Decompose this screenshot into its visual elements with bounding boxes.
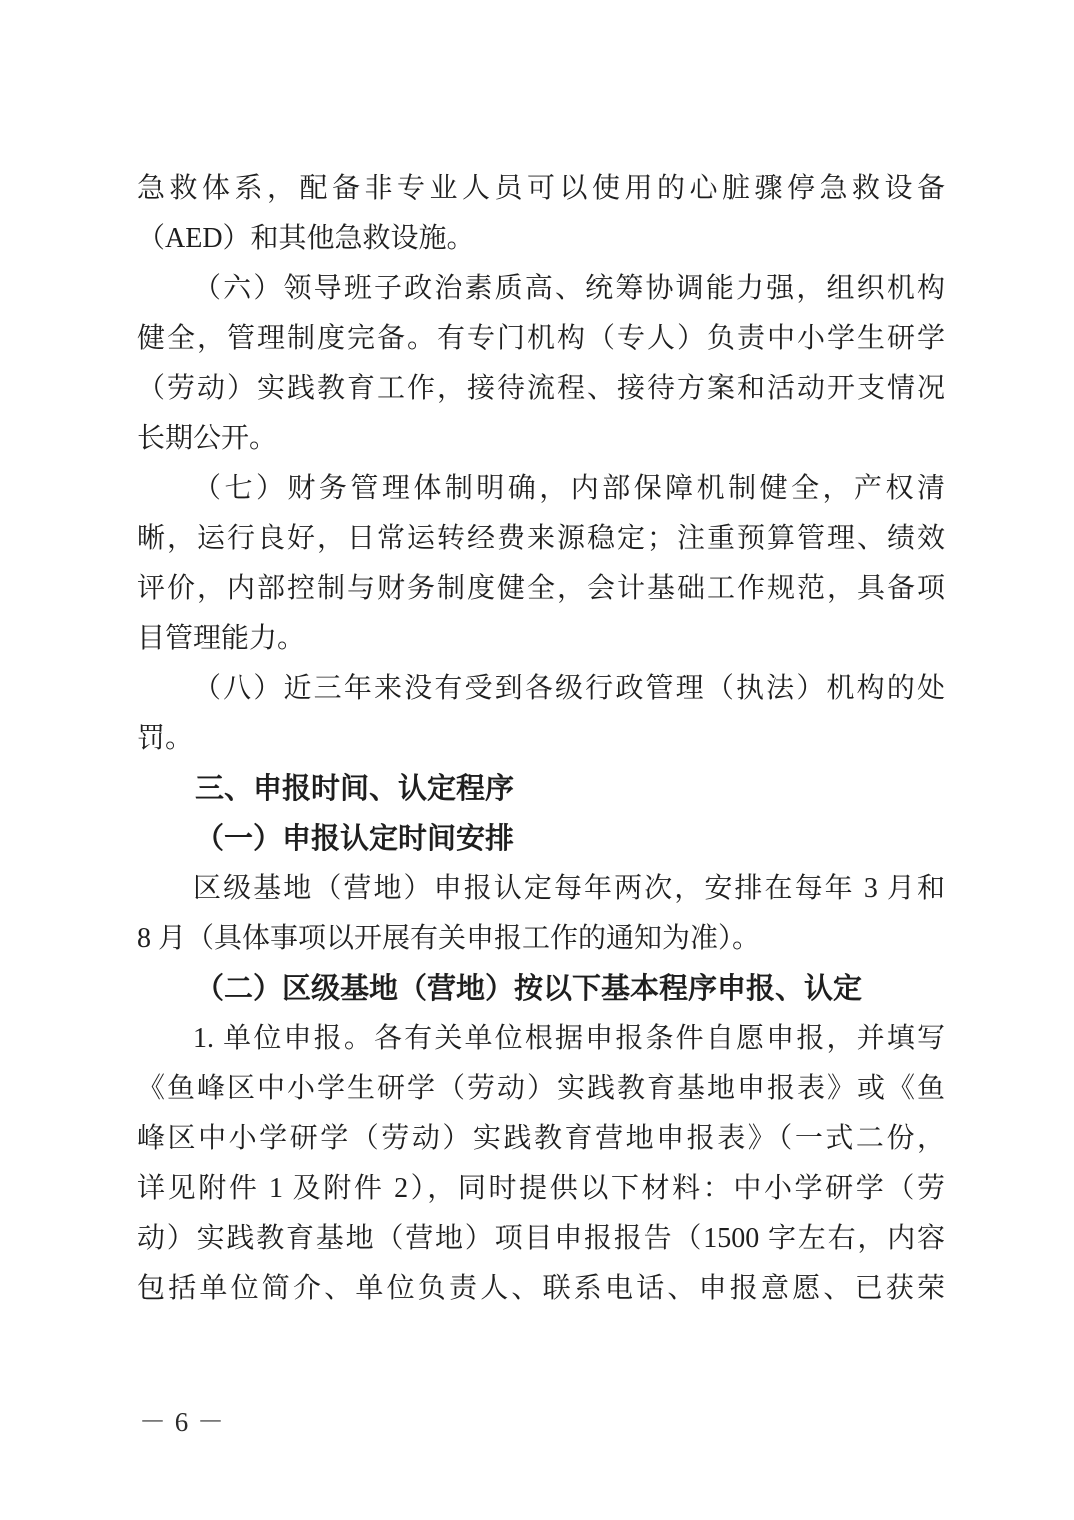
body-line: （六）领导班子政治素质高、统筹协调能力强，组织机构 (137, 264, 945, 314)
document-body: 急救体系，配备非专业人员可以使用的心脏骤停急救设备 （AED）和其他急救设施。 … (137, 164, 945, 1314)
body-line: 罚。 (137, 714, 945, 764)
section-heading: 三、申报时间、认定程序 (137, 764, 945, 814)
subsection-heading: （二）区级基地（营地）按以下基本程序申报、认定 (137, 964, 945, 1014)
body-line: 8 月（具体事项以开展有关申报工作的通知为准）。 (137, 914, 945, 964)
body-line: 《鱼峰区中小学生研学（劳动）实践教育基地申报表》或《鱼 (137, 1064, 945, 1114)
body-line: （AED）和其他急救设施。 (137, 214, 945, 264)
body-line: 详见附件 1 及附件 2），同时提供以下材料：中小学研学（劳 (137, 1164, 945, 1214)
body-line: 评价，内部控制与财务制度健全，会计基础工作规范，具备项 (137, 564, 945, 614)
body-line: 1. 单位申报。各有关单位根据申报条件自愿申报，并填写 (137, 1014, 945, 1064)
body-line: 目管理能力。 (137, 614, 945, 664)
subsection-heading: （一）申报认定时间安排 (137, 814, 945, 864)
body-line: 晰，运行良好，日常运转经费来源稳定；注重预算管理、绩效 (137, 514, 945, 564)
body-line: （劳动）实践教育工作，接待流程、接待方案和活动开支情况 (137, 364, 945, 414)
body-line: 健全，管理制度完备。有专门机构（专人）负责中小学生研学 (137, 314, 945, 364)
body-line: 动）实践教育基地（营地）项目申报报告（1500 字左右，内容 (137, 1214, 945, 1264)
body-line: 长期公开。 (137, 414, 945, 464)
page-number: － 6 － (139, 1404, 225, 1440)
body-line: （八）近三年来没有受到各级行政管理（执法）机构的处 (137, 664, 945, 714)
body-line: 包括单位简介、单位负责人、联系电话、申报意愿、已获荣 (137, 1264, 945, 1314)
body-line: （七）财务管理体制明确，内部保障机制健全，产权清 (137, 464, 945, 514)
body-line: 急救体系，配备非专业人员可以使用的心脏骤停急救设备 (137, 164, 945, 214)
body-line: 峰区中小学研学（劳动）实践教育营地申报表》（一式二份， (137, 1114, 945, 1164)
body-line: 区级基地（营地）申报认定每年两次，安排在每年 3 月和 (137, 864, 945, 914)
